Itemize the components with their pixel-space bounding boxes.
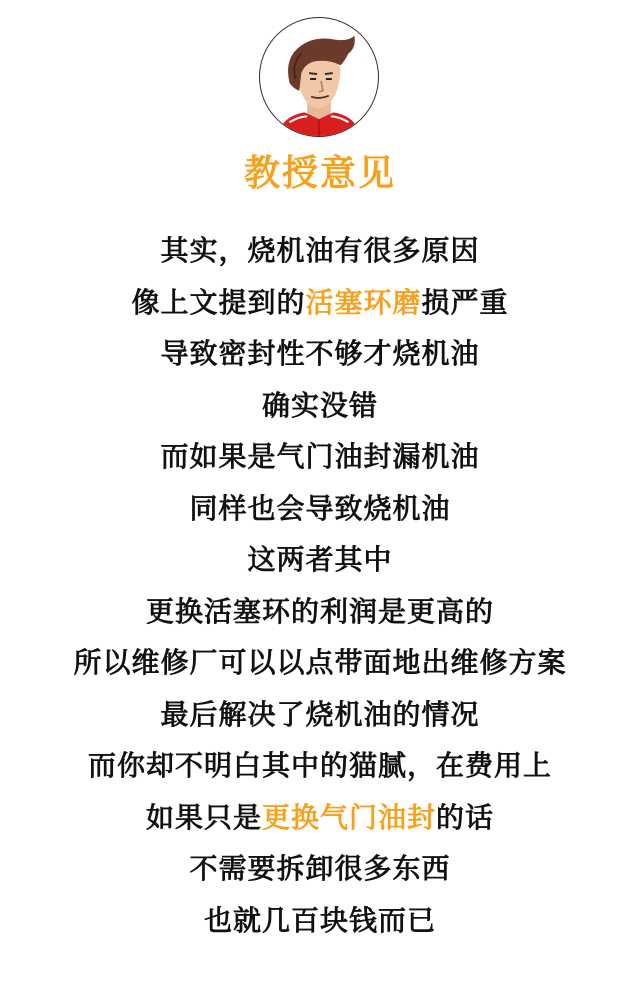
text-segment: 确实没错 <box>262 389 378 422</box>
text-line: 而你却不明白其中的猫腻，在费用上 <box>0 740 640 792</box>
text-line: 像上文提到的活塞环磨损严重 <box>0 277 640 329</box>
text-segment: 这两者其中 <box>247 543 392 576</box>
text-segment: 更换活塞环的利润是更高的 <box>146 595 494 628</box>
text-line: 同样也会导致烧机油 <box>0 483 640 535</box>
text-line: 如果只是更换气门油封的话 <box>0 792 640 844</box>
highlighted-text: 活塞环磨 <box>305 286 421 319</box>
text-line: 也就几百块钱而已 <box>0 895 640 947</box>
text-segment: 也就几百块钱而已 <box>204 904 436 937</box>
highlighted-text: 更换气门油封 <box>262 801 436 834</box>
text-line: 而如果是气门油封漏机油 <box>0 431 640 483</box>
text-segment: 而如果是气门油封漏机油 <box>160 440 479 473</box>
text-line: 更换活塞环的利润是更高的 <box>0 586 640 638</box>
text-segment: 损严重 <box>422 286 509 319</box>
text-line: 导致密封性不够才烧机油 <box>0 328 640 380</box>
text-segment: 所以维修厂可以以点带面地出维修方案 <box>73 646 566 679</box>
text-segment: 不需要拆卸很多东西 <box>189 852 450 885</box>
text-segment: 同样也会导致烧机油 <box>189 492 450 525</box>
professor-avatar-icon <box>260 18 378 136</box>
professor-avatar <box>259 17 379 137</box>
text-segment: 其实，烧机油有很多原因 <box>160 234 479 267</box>
text-segment: 最后解决了烧机油的情况 <box>160 698 479 731</box>
text-line: 最后解决了烧机油的情况 <box>0 689 640 741</box>
section-title: 教授意见 <box>0 148 640 200</box>
text-segment: 像上文提到的 <box>131 286 305 319</box>
text-segment: 而你却不明白其中的猫腻，在费用上 <box>88 749 552 782</box>
body-text: 其实，烧机油有很多原因像上文提到的活塞环磨损严重导致密封性不够才烧机油确实没错而… <box>0 225 640 946</box>
text-segment: 导致密封性不够才烧机油 <box>160 337 479 370</box>
text-line: 其实，烧机油有很多原因 <box>0 225 640 277</box>
text-segment: 如果只是 <box>146 801 262 834</box>
text-line: 这两者其中 <box>0 534 640 586</box>
text-segment: 的话 <box>436 801 494 834</box>
text-line: 确实没错 <box>0 380 640 432</box>
text-line: 不需要拆卸很多东西 <box>0 843 640 895</box>
text-line: 所以维修厂可以以点带面地出维修方案 <box>0 637 640 689</box>
